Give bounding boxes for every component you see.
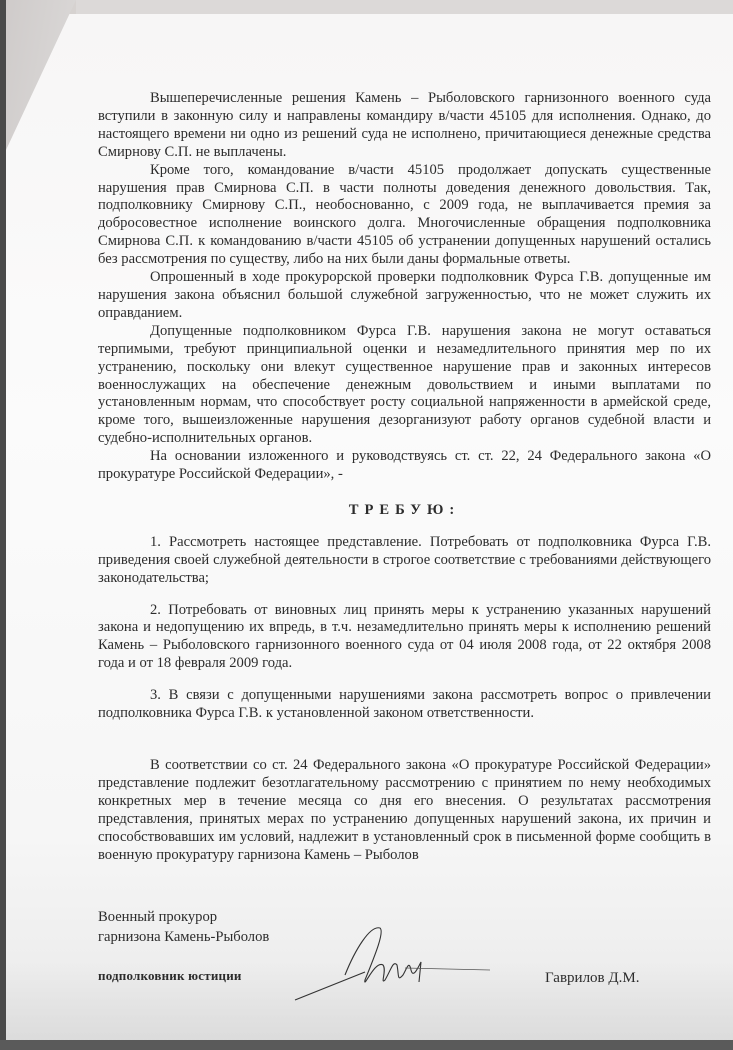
signatory-title-line1: Военный прокурор <box>98 907 269 927</box>
scan-background <box>76 0 733 14</box>
signatory-name: Гаврилов Д.М. <box>545 970 639 987</box>
scan-bottom-edge <box>0 1040 733 1050</box>
signatory-title: Военный прокурор гарнизона Камень-Рыболо… <box>98 907 269 947</box>
closing-paragraph: В соответствии со ст. 24 Федерального за… <box>98 757 711 864</box>
paragraph: Допущенные подполковником Фурса Г.В. нар… <box>98 323 711 448</box>
paragraph: Вышеперечисленные решения Камень – Рыбол… <box>98 90 711 162</box>
paragraph: На основании изложенного и руководствуяс… <box>98 448 711 484</box>
paragraph: Кроме того, командование в/части 45105 п… <box>98 162 711 269</box>
demand-item: 3. В связи с допущенными нарушениями зак… <box>98 687 711 723</box>
document-body: Вышеперечисленные решения Камень – Рыбол… <box>98 90 711 864</box>
demand-heading: ТРЕБУЮ: <box>98 502 711 520</box>
signatory-title-line2: гарнизона Камень-Рыболов <box>98 927 269 947</box>
signature-icon <box>285 920 505 1010</box>
demand-item: 1. Рассмотреть настоящее представление. … <box>98 534 711 588</box>
demand-item: 2. Потребовать от виновных лиц принять м… <box>98 602 711 674</box>
signatory-rank: подполковник юстиции <box>98 968 242 984</box>
paragraph: Опрошенный в ходе прокурорской проверки … <box>98 269 711 323</box>
